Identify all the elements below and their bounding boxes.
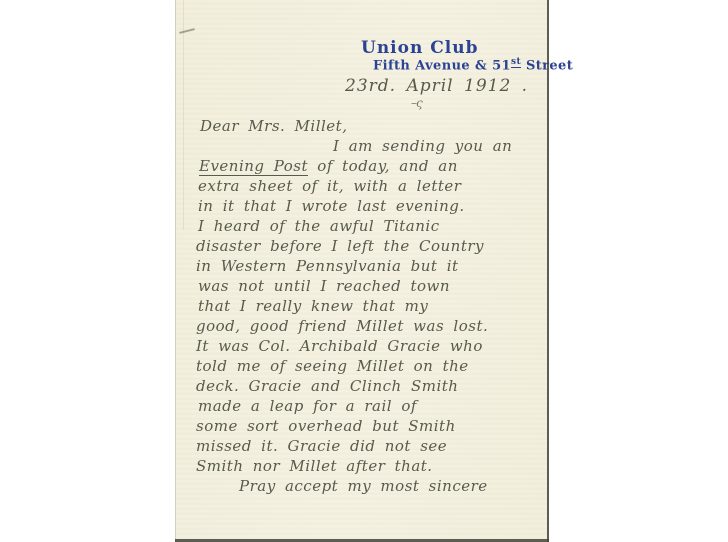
- letter-line: in Western Pennsylvania but it: [175, 256, 547, 276]
- letter-text: deck. Gracie and Clinch Smith: [196, 377, 458, 395]
- letter-text: missed it. Gracie did not see: [196, 437, 447, 455]
- letter-line: some sort overhead but Smith: [175, 416, 547, 436]
- letter-text: of today, and an: [308, 157, 458, 175]
- letter-text: told me of seeing Millet on the: [196, 357, 469, 375]
- letter-line: missed it. Gracie did not see: [175, 436, 547, 456]
- letter-line: extra sheet of it, with a letter: [175, 176, 547, 196]
- letter-line: good, good friend Millet was lost.: [175, 316, 547, 336]
- letter-text: in Western Pennsylvania but it: [196, 257, 459, 275]
- letter-line: Dear Mrs. Millet,: [175, 116, 547, 136]
- letter-line: Pray accept my most sincere: [175, 476, 547, 496]
- letterhead-address-ordinal: st: [511, 57, 521, 68]
- letter-body: Dear Mrs. Millet,I am sending you anEven…: [175, 116, 547, 496]
- letter-text: I am sending you an: [333, 137, 512, 155]
- letter-line: Smith nor Millet after that.: [175, 456, 547, 476]
- letter-text: that I really knew that my: [198, 297, 428, 315]
- letter-text: disaster before I left the Country: [196, 237, 484, 255]
- letter-line: disaster before I left the Country: [175, 236, 547, 256]
- underlined-text: Evening Post: [199, 157, 308, 176]
- letter-text: Dear Mrs. Millet,: [200, 117, 347, 135]
- letter-text: Smith nor Millet after that.: [196, 457, 433, 475]
- letter-line: Evening Post of today, and an: [175, 156, 547, 176]
- letterhead-club-name: Union Club: [361, 38, 479, 58]
- letter-line: It was Col. Archibald Gracie who: [175, 336, 547, 356]
- letter-line: in it that I wrote last evening.: [175, 196, 547, 216]
- letter-line: I am sending you an: [175, 136, 547, 156]
- letter-text: It was Col. Archibald Gracie who: [196, 337, 483, 355]
- letterhead-address-prefix: Fifth Avenue & 51: [373, 58, 511, 73]
- letter-text: Pray accept my most sincere: [239, 477, 488, 495]
- letter-text: I heard of the awful Titanic: [198, 217, 440, 235]
- letter-line: made a leap for a rail of: [175, 396, 547, 416]
- letter-paper: Union Club Fifth Avenue & 51st Street 23…: [175, 0, 549, 542]
- letter-text: in it that I wrote last evening.: [198, 197, 465, 215]
- scratch-mark: [179, 28, 195, 34]
- letter-text: made a leap for a rail of: [198, 397, 417, 415]
- letter-line: that I really knew that my: [175, 296, 547, 316]
- letter-text: was not until I reached town: [198, 277, 450, 295]
- page-background: Union Club Fifth Avenue & 51st Street 23…: [0, 0, 728, 542]
- letter-line: told me of seeing Millet on the: [175, 356, 547, 376]
- date-line: 23rd. April 1912 .: [345, 76, 528, 96]
- date-flourish: –ς: [411, 96, 422, 110]
- paper-edge-right: [547, 0, 549, 542]
- letter-text: some sort overhead but Smith: [196, 417, 456, 435]
- letterhead-address: Fifth Avenue & 51st Street: [373, 58, 573, 73]
- letter-line: was not until I reached town: [175, 276, 547, 296]
- letter-text: extra sheet of it, with a letter: [198, 177, 461, 195]
- letter-text: good, good friend Millet was lost.: [196, 317, 488, 335]
- letter-line: deck. Gracie and Clinch Smith: [175, 376, 547, 396]
- letter-line: I heard of the awful Titanic: [175, 216, 547, 236]
